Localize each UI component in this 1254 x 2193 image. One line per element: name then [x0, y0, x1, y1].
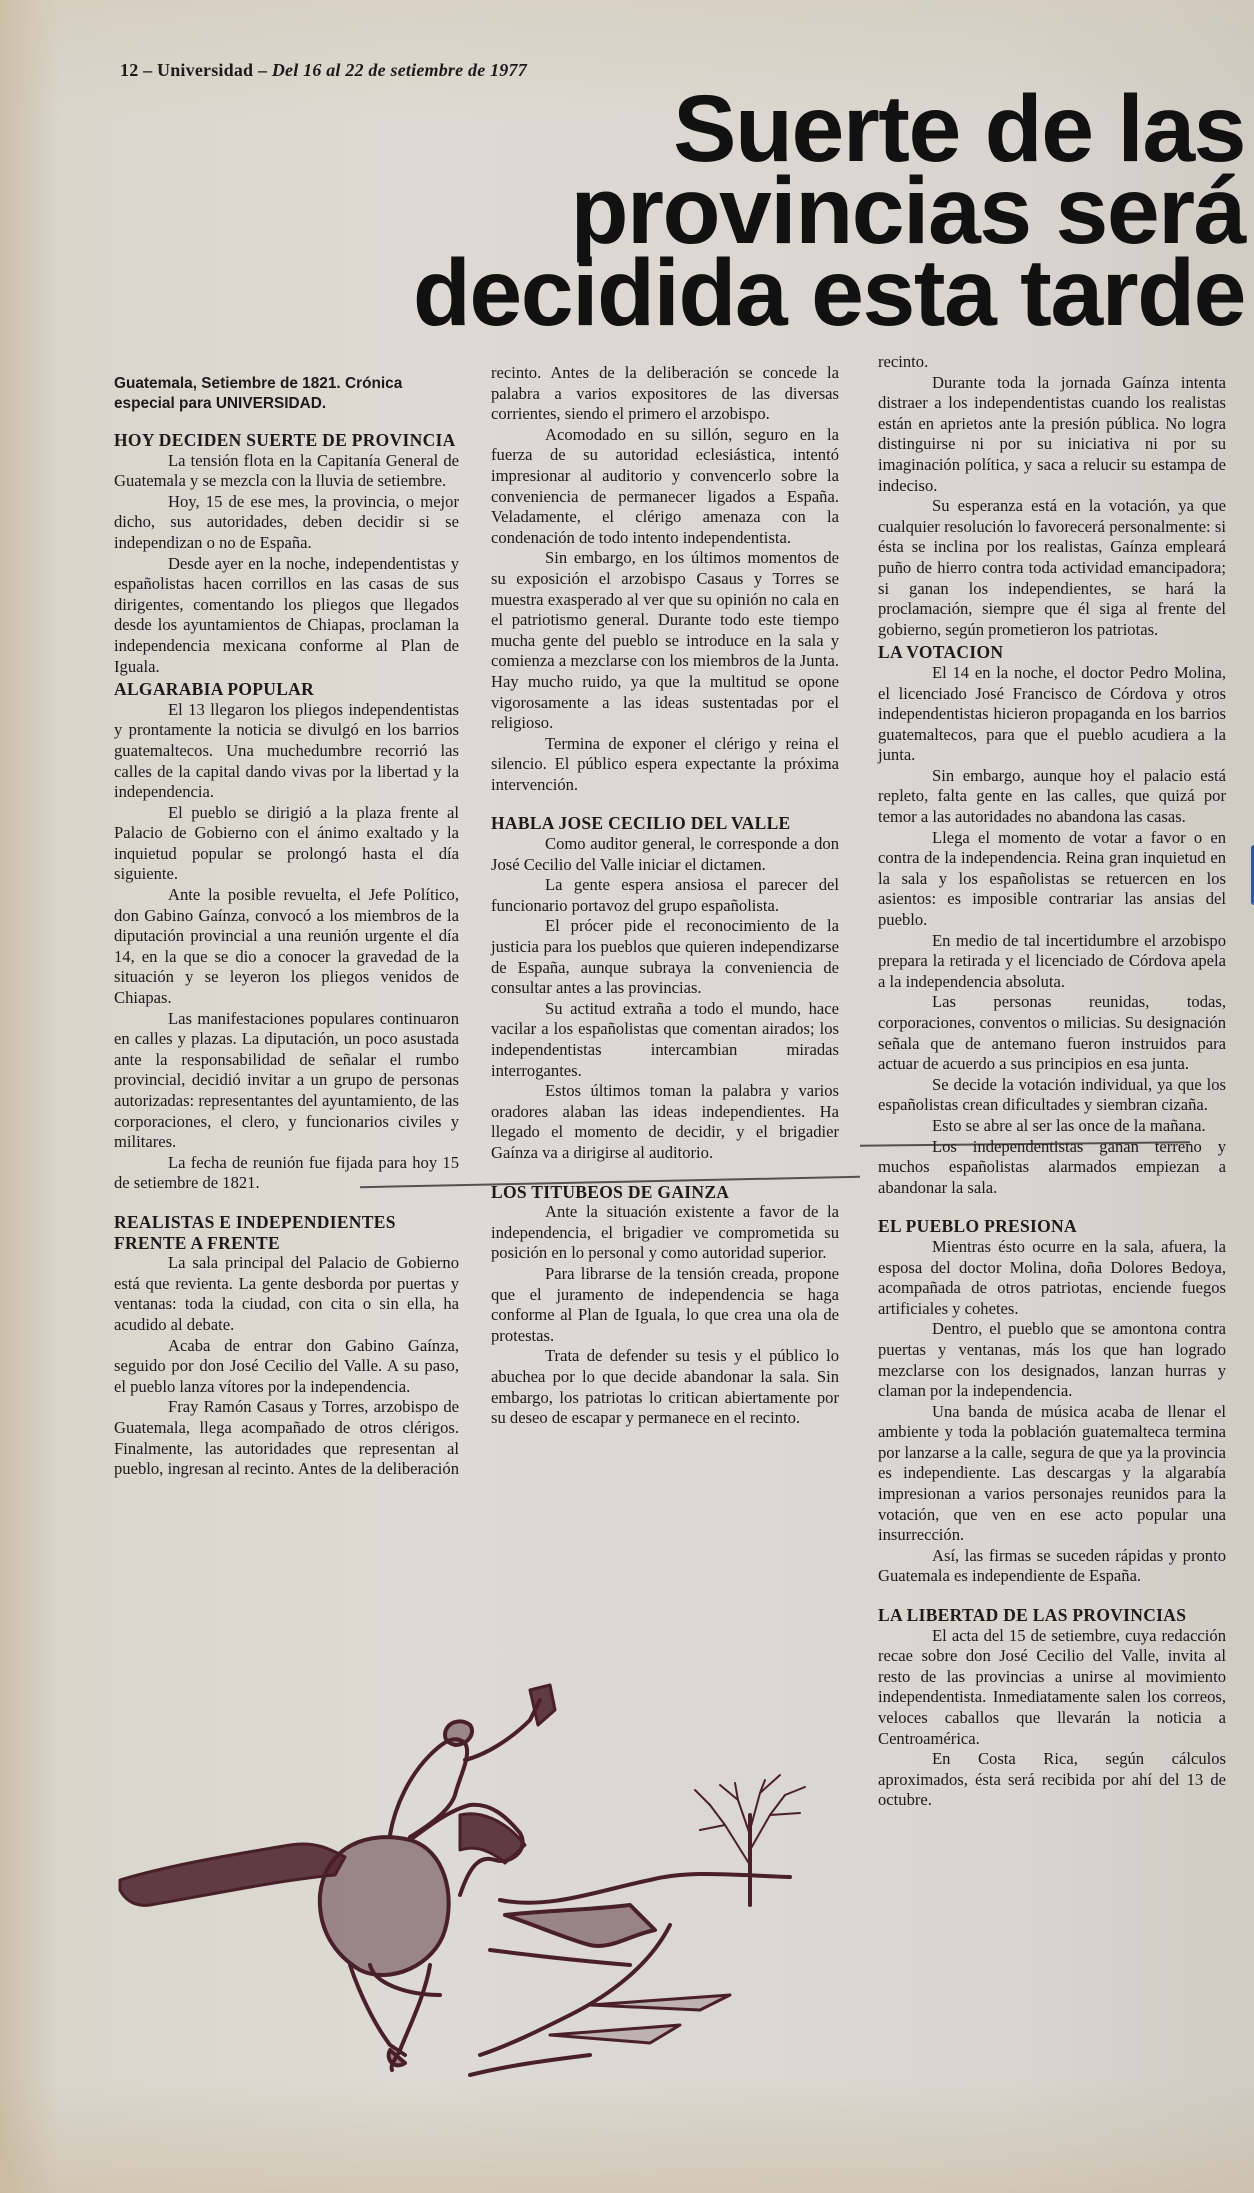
- paragraph: Acaba de entrar don Gabino Gaínza, segui…: [114, 1336, 459, 1398]
- paragraph: Una banda de música acaba de llenar el a…: [878, 1402, 1226, 1546]
- paragraph: La gente espera ansiosa el parecer del f…: [491, 875, 839, 916]
- paragraph: Desde ayer en la noche, independentistas…: [114, 554, 459, 678]
- page-number: 12: [120, 60, 138, 80]
- paragraph-continued: recinto.: [878, 352, 1226, 373]
- paragraph: Durante toda la jornada Gaínza intenta d…: [878, 373, 1226, 497]
- section-heading: HABLA JOSE CECILIO DEL VALLE: [491, 813, 839, 834]
- article-column-1: Guatemala, Setiembre de 1821. Crónica es…: [114, 374, 459, 1479]
- paragraph: Ante la posible revuelta, el Jefe Políti…: [114, 885, 459, 1009]
- paragraph: El prócer pide el reconocimiento de la j…: [491, 916, 839, 998]
- paragraph: Esto se abre al ser las once de la mañan…: [878, 1116, 1226, 1137]
- paragraph: Como auditor general, le corresponde a d…: [491, 834, 839, 875]
- paragraph: El 14 en la noche, el doctor Pedro Molin…: [878, 663, 1226, 766]
- paragraph: Así, las firmas se suceden rápidas y pro…: [878, 1546, 1226, 1587]
- paragraph: El pueblo se dirigió a la plaza frente a…: [114, 803, 459, 885]
- section-heading: LA VOTACION: [878, 642, 1226, 663]
- paragraph: El acta del 15 de setiembre, cuya redacc…: [878, 1626, 1226, 1750]
- section-heading: HOY DECIDEN SUERTE DE PROVIN­CIA: [114, 430, 459, 451]
- paragraph: La fecha de reunión fue fijada para hoy …: [114, 1153, 459, 1194]
- paragraph: Fray Ramón Casaus y Torres, arzobispo de…: [114, 1397, 459, 1479]
- publication-name: Universidad: [157, 60, 253, 80]
- paragraph: Sin embargo, en los últimos momentos de …: [491, 548, 839, 733]
- paragraph: Dentro, el pueblo que se amontona contra…: [878, 1319, 1226, 1401]
- paragraph: Para librarse de la tensión creada, prop…: [491, 1264, 839, 1346]
- paragraph: El 13 llegaron los pliegos independentis…: [114, 700, 459, 803]
- section-heading: ALGARABIA POPULAR: [114, 679, 459, 700]
- paragraph: Termina de exponer el clérigo y reina el…: [491, 734, 839, 796]
- article-column-2: recinto. Antes de la deliberación se con…: [491, 363, 839, 1449]
- paragraph: Estos últimos toman la palabra y varios …: [491, 1081, 839, 1163]
- paragraph: Las personas reunidas, todas, corporacio…: [878, 992, 1226, 1074]
- paragraph-continued: recinto. Antes de la deliberación se con…: [491, 363, 839, 425]
- paragraph: Acomodado en su sillón, seguro en la fue…: [491, 425, 839, 549]
- paragraph: Mientras ésto ocurre en la sala, afuera,…: [878, 1237, 1226, 1319]
- dateline: Guatemala, Setiembre de 1821. Crónica es…: [114, 374, 459, 414]
- page-folio: 12 – Universidad – Del 16 al 22 de setie…: [120, 60, 527, 81]
- paragraph: Trata de defender su tesis y el público …: [491, 1346, 839, 1449]
- section-heading: LOS TITUBEOS DE GAINZA: [491, 1182, 839, 1203]
- paragraph: Hoy, 15 de ese mes, la provincia, o mejo…: [114, 492, 459, 554]
- paragraph: Sin embargo, aunque hoy el palacio está …: [878, 766, 1226, 828]
- horse-rider-illustration: [110, 1665, 850, 2085]
- paragraph: La sala principal del Palacio de Gobiern…: [114, 1253, 459, 1335]
- section-heading: LA LIBERTAD DE LAS PROVINCIAS: [878, 1605, 1226, 1626]
- headline-line-3: decidida esta tarde: [130, 252, 1245, 334]
- paragraph: Su actitud extraña a todo el mundo, hace…: [491, 999, 839, 1081]
- article-column-3: recinto. Durante toda la jornada Gaínza …: [878, 352, 1226, 1811]
- headline: Suerte de las provincias será decidida e…: [130, 88, 1245, 334]
- issue-date: Del 16 al 22 de setiembre de 1977: [272, 60, 527, 80]
- paragraph: La tensión flota en la Capitanía General…: [114, 451, 459, 492]
- paragraph: Se decide la votación individual, ya que…: [878, 1075, 1226, 1116]
- paragraph: Llega el momento de votar a favor o en c…: [878, 828, 1226, 931]
- paragraph: Su esperanza está en la votación, ya que…: [878, 496, 1226, 640]
- paragraph: Ante la situación existente a favor de l…: [491, 1202, 839, 1264]
- section-heading: EL PUEBLO PRESIONA: [878, 1216, 1226, 1237]
- section-heading: REALISTAS E INDEPENDIENTES FRENTE A FREN…: [114, 1212, 459, 1253]
- paragraph: En Costa Rica, según cálculos aproximado…: [878, 1749, 1226, 1811]
- paragraph: Las manifestaciones populares continuaro…: [114, 1009, 459, 1153]
- paragraph: En medio de tal incertidumbre el arzobis…: [878, 931, 1226, 993]
